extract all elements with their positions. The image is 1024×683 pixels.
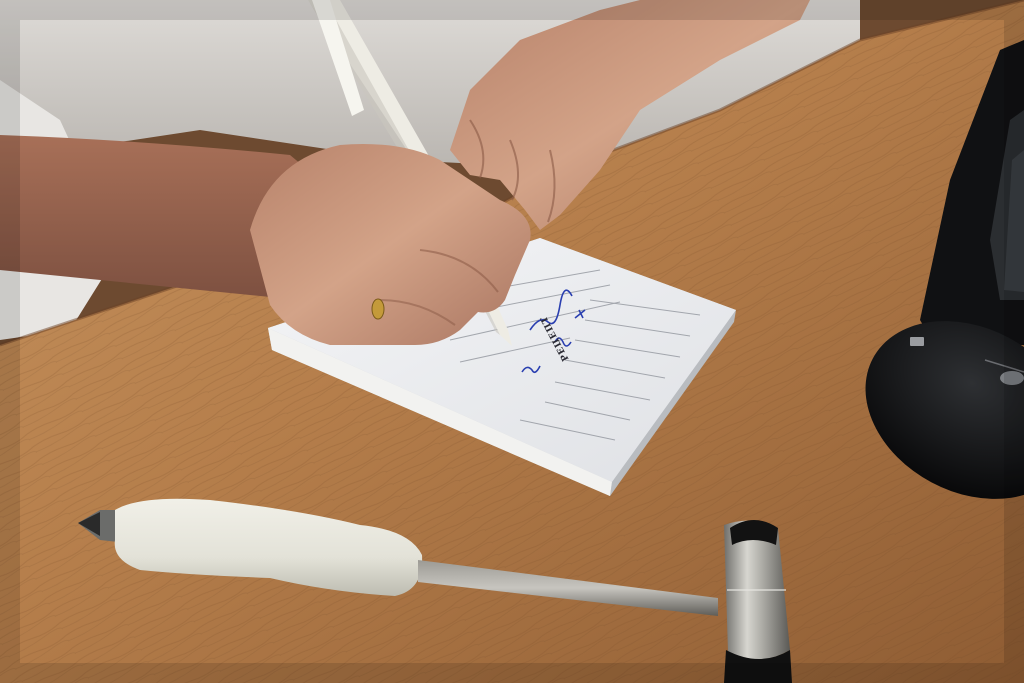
photo-scene: РЕЦЕПТ A doctor's hands writing a prescr… (0, 0, 1024, 683)
mouse-logo-icon (910, 337, 924, 346)
wedding-ring (372, 299, 384, 319)
